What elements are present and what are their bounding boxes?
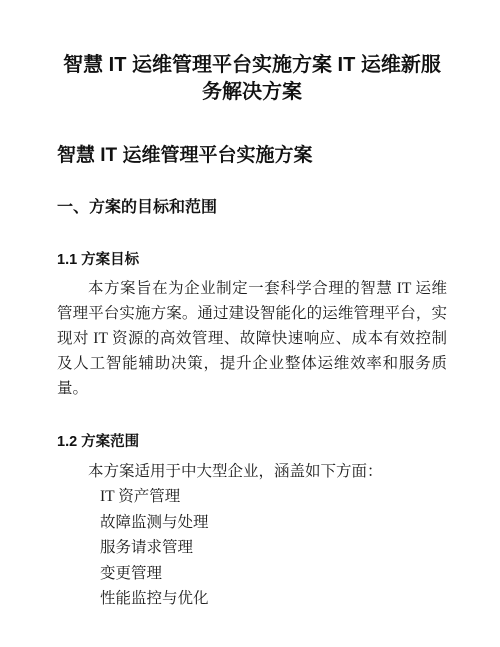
subsection-1-1-heading: 1.1 方案目标 (57, 250, 447, 270)
document-subtitle: 智慧 IT 运维管理平台实施方案 (57, 143, 447, 169)
document-page: 智慧 IT 运维管理平台实施方案 IT 运维新服务解决方案 智慧 IT 运维管理… (0, 0, 500, 647)
scope-list-item: 变更管理 (100, 561, 447, 587)
scope-list-item: 故障监测与处理 (100, 510, 447, 536)
scope-list-item: 性能监控与优化 (100, 586, 447, 612)
scope-list-item: 服务请求管理 (100, 535, 447, 561)
scope-list-item: IT 资产管理 (100, 484, 447, 510)
subsection-1-2-heading: 1.2 方案范围 (57, 432, 447, 452)
document-title: 智慧 IT 运维管理平台实施方案 IT 运维新服务解决方案 (57, 52, 447, 106)
scope-intro: 本方案适用于中大型企业，涵盖如下方面： (57, 459, 447, 484)
goal-paragraph: 本方案旨在为企业制定一套科学合理的智慧 IT 运维管理平台实施方案。通过建设智能… (57, 276, 447, 401)
section-1-heading: 一、方案的目标和范围 (57, 197, 447, 219)
scope-list: IT 资产管理 故障监测与处理 服务请求管理 变更管理 性能监控与优化 (100, 484, 447, 612)
